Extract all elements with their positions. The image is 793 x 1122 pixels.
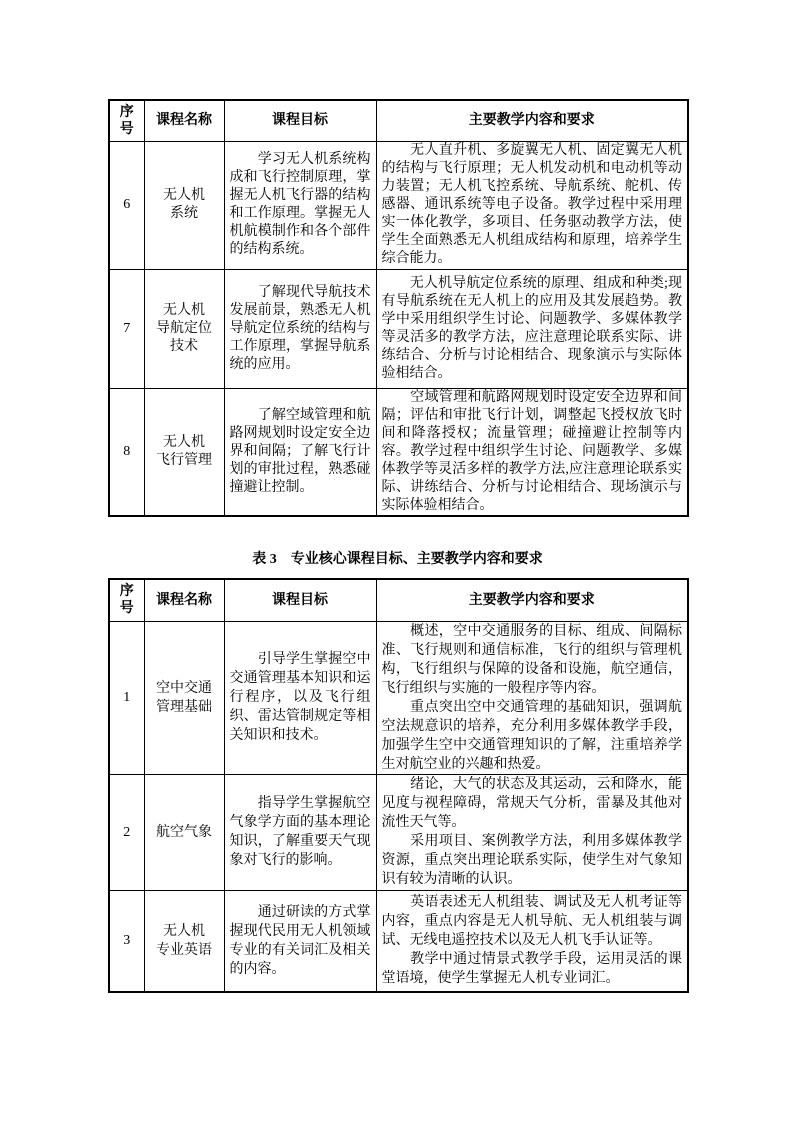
course-content: 绪论，大气的状态及其运动，云和降水，能见度与视程障碍，常规天气分析，雷暴及其他对… [376,774,688,890]
table-core-courses-continued: 序 号 课程名称 课程目标 主要教学内容和要求 6 无人机 系统 学习无人机系统… [108,99,689,517]
course-content: 无人直升机、多旋翼无人机、固定翼无人机的结构与飞行原理；无人机发动机和电动机等动… [376,141,688,269]
col-header-content: 主要教学内容和要求 [376,100,688,141]
course-objective: 了解空域管理和航路网规划时设定安全边界和间隔；了解飞行计划的审批过程，熟悉碰撞避… [224,388,376,516]
course-name: 无人机 专业英语 [144,890,224,992]
table-3-core-courses: 序 号 课程名称 课程目标 主要教学内容和要求 1 空中交通 管理基础 引导学生… [108,578,689,993]
table-3-caption: 表 3 专业核心课程目标、主要教学内容和要求 [108,551,687,569]
course-objective: 通过研读的方式掌握现代民用无人机领域专业的有关词汇及相关的内容。 [224,890,376,992]
course-no: 3 [109,890,144,992]
col-header-course-name: 课程名称 [144,579,224,621]
course-content: 英语表述无人机组装、调试及无人机考证等内容，重点内容是无人机导航、无人机组装与调… [376,890,688,992]
course-name: 空中交通 管理基础 [144,621,224,774]
course-objective: 指导学生掌握航空气象学方面的基本理论知识，了解重要天气现象对飞行的影响。 [224,774,376,890]
course-no: 1 [109,621,144,774]
col-header-no: 序 号 [109,579,144,621]
course-name: 航空气象 [144,774,224,890]
course-objective: 引导学生掌握空中交通管理基本知识和运行程序，以及飞行组织、雷达管制规定等相关知识… [224,621,376,774]
course-no: 2 [109,774,144,890]
table-header-row: 序 号 课程名称 课程目标 主要教学内容和要求 [109,100,688,141]
course-name: 无人机 系统 [144,141,224,269]
table-row: 7 无人机 导航定位 技术 了解现代导航技术发展前景，熟悉无人机导航定位系统的结… [109,269,688,388]
col-header-no: 序 号 [109,100,144,141]
course-content: 无人机导航定位系统的原理、组成和种类;现有导航系统在无人机上的应用及其发展趋势。… [376,269,688,388]
col-header-objective: 课程目标 [224,100,376,141]
course-name: 无人机 导航定位 技术 [144,269,224,388]
course-objective: 学习无人机系统构成和飞行控制原理，掌握无人机飞行器的结构和工作原理。掌握无人机航… [224,141,376,269]
table-row: 6 无人机 系统 学习无人机系统构成和飞行控制原理，掌握无人机飞行器的结构和工作… [109,141,688,269]
course-no: 7 [109,269,144,388]
col-header-objective: 课程目标 [224,579,376,621]
table-row: 2 航空气象 指导学生掌握航空气象学方面的基本理论知识，了解重要天气现象对飞行的… [109,774,688,890]
table-row: 3 无人机 专业英语 通过研读的方式掌握现代民用无人机领域专业的有关词汇及相关的… [109,890,688,992]
table-header-row: 序 号 课程名称 课程目标 主要教学内容和要求 [109,579,688,621]
course-content: 概述，空中交通服务的目标、组成、间隔标准、飞行规则和通信标准，飞行的组织与管理机… [376,621,688,774]
table-row: 1 空中交通 管理基础 引导学生掌握空中交通管理基本知识和运行程序，以及飞行组织… [109,621,688,774]
course-no: 6 [109,141,144,269]
document-page: 序 号 课程名称 课程目标 主要教学内容和要求 6 无人机 系统 学习无人机系统… [0,0,793,1122]
course-name: 无人机 飞行管理 [144,388,224,516]
course-objective: 了解现代导航技术发展前景，熟悉无人机导航定位系统的结构与工作原理，掌握导航系统的… [224,269,376,388]
col-header-course-name: 课程名称 [144,100,224,141]
course-content: 空域管理和航路网规划时设定安全边界和间隔；评估和审批飞行计划，调整起飞授权放飞时… [376,388,688,516]
table-row: 8 无人机 飞行管理 了解空域管理和航路网规划时设定安全边界和间隔；了解飞行计划… [109,388,688,516]
course-no: 8 [109,388,144,516]
col-header-content: 主要教学内容和要求 [376,579,688,621]
